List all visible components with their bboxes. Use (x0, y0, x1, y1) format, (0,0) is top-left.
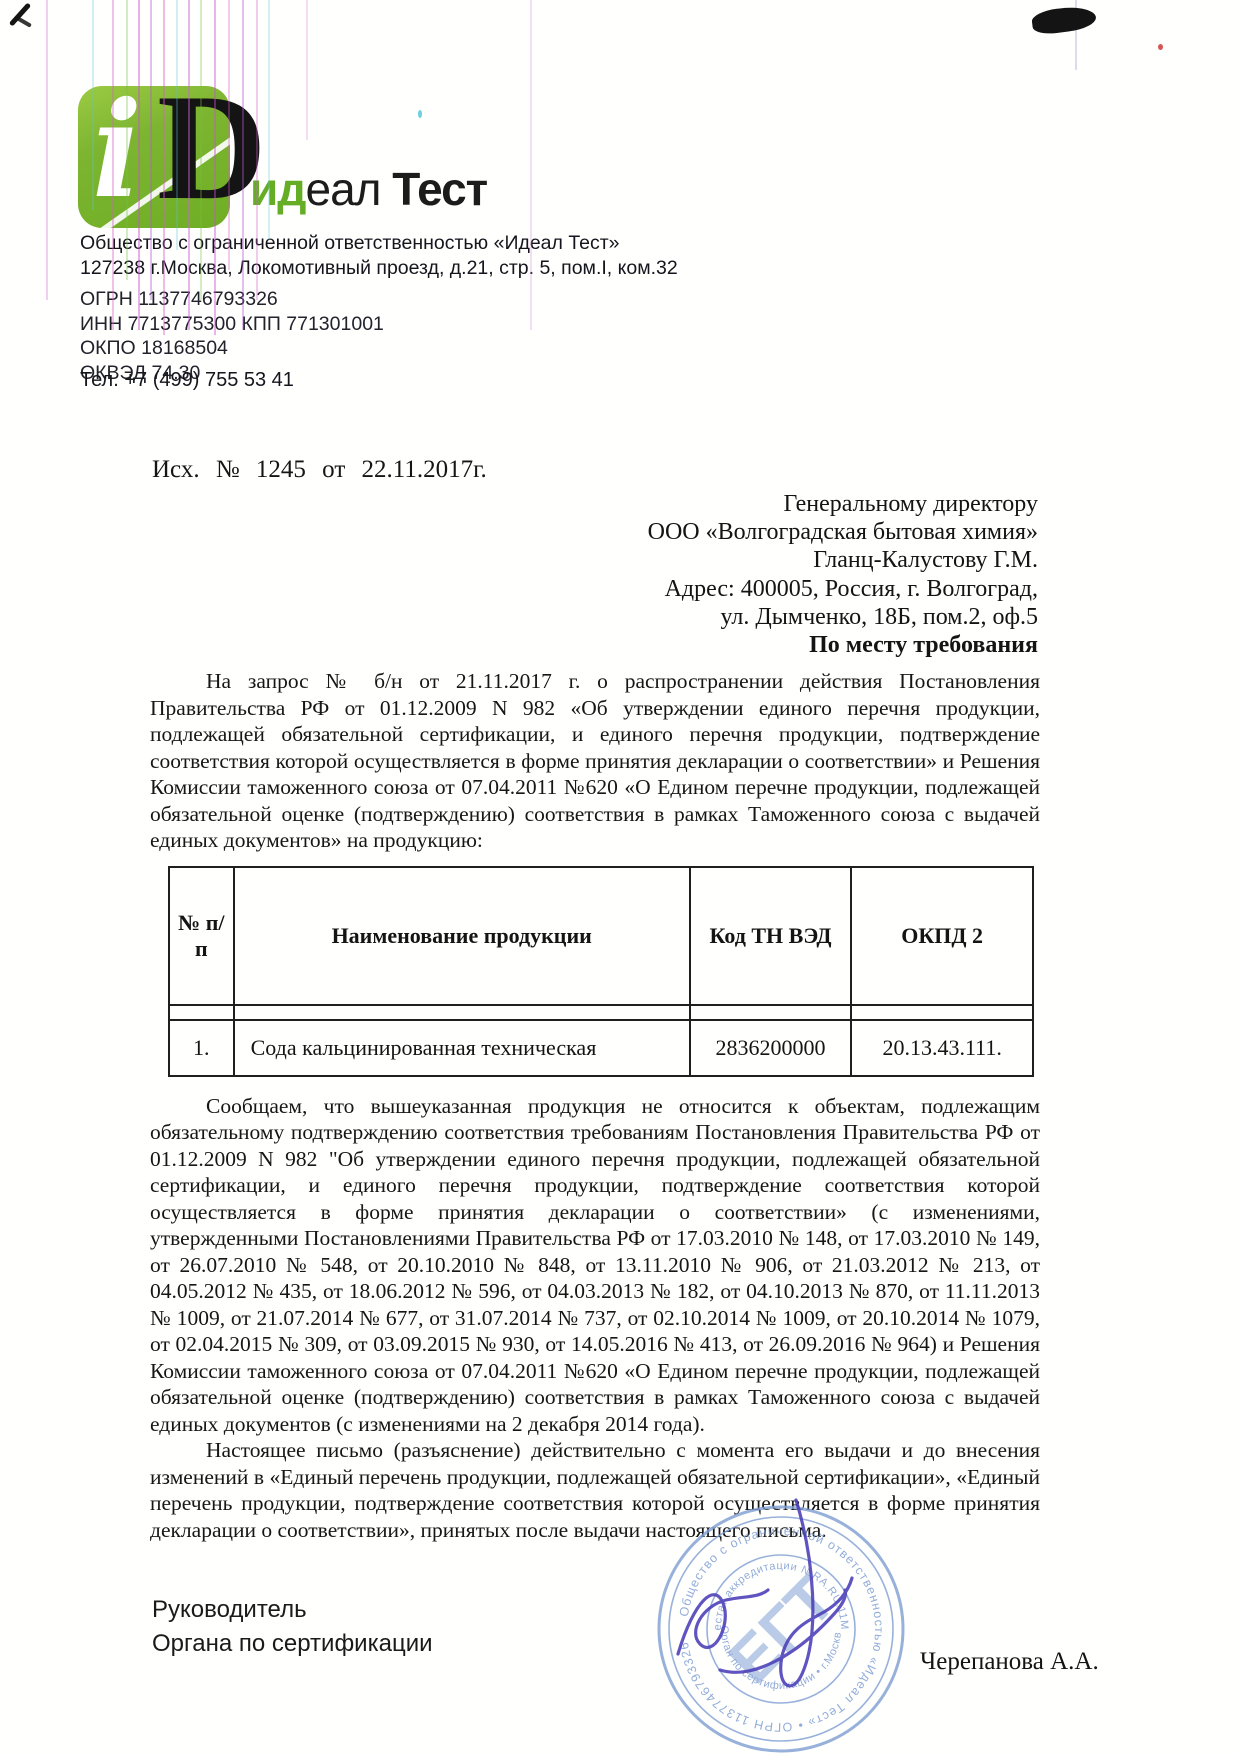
scan-streak (306, 0, 308, 140)
cell-okpd-code: 20.13.43.111. (851, 1020, 1033, 1076)
signer-title-line2: Органа по сертификации (152, 1630, 433, 1658)
recipient-title: Генеральному директору (560, 490, 1038, 518)
scanned-letter-page: i D идеал Тест Общество с ограниченной о… (0, 0, 1240, 1754)
company-inn-kpp: ИНН 7713775300 КПП 771301001 (80, 312, 384, 337)
col-header-tnved: Код ТН ВЭД (690, 867, 851, 1005)
cell-product-name: Сода кальцинированная техническая (234, 1020, 690, 1076)
signer-title-line1: Руководитель (152, 1596, 307, 1624)
company-phone: Тел. +7 (499) 755 53 41 (80, 369, 294, 392)
table-row: 1. Сода кальцинированная техническая 283… (169, 1020, 1033, 1076)
table-header-row: № п/п Наименование продукции Код ТН ВЭД … (169, 867, 1033, 1005)
scan-speck (418, 110, 422, 118)
recipient-block: Генеральному директору ООО «Волгоградска… (560, 490, 1038, 659)
company-name-line: Общество с ограниченной ответственностью… (80, 231, 678, 256)
scan-speck (1158, 44, 1163, 50)
table-spacer-row (169, 1005, 1033, 1020)
outgoing-ref-line: Исх. № 1245 от 22.11.2017г. (152, 456, 487, 484)
company-ogrn: ОГРН 1137746793326 (80, 287, 384, 312)
brand-part-regular: еал (305, 163, 392, 215)
col-header-okpd: ОКПД 2 (851, 867, 1033, 1005)
logo-letter-i: i (92, 86, 142, 228)
recipient-company: ООО «Волгоградская бытовая химия» (560, 518, 1038, 546)
letter-body: На запрос № б/н от 21.11.2017 г. о распр… (150, 668, 1040, 1543)
paragraph-request: На запрос № б/н от 21.11.2017 г. о распр… (150, 668, 1040, 854)
brand-part-green: ид (250, 163, 305, 215)
company-okpo: ОКПО 18168504 (80, 336, 384, 361)
corner-artifact-right (1031, 4, 1097, 36)
company-address-line: 127238 г.Москва, Локомотивный проезд, д.… (80, 256, 678, 281)
paragraph-statement: Сообщаем, что вышеуказанная продукция не… (150, 1093, 1040, 1438)
certification-stamp: Общество с ограниченной ответственностью… (600, 1494, 960, 1754)
recipient-address-2: ул. Дымченко, 18Б, пом.2, оф.5 (560, 603, 1038, 631)
cell-tnved-code: 2836200000 (690, 1020, 851, 1076)
brand-part-bold: Тест (392, 163, 487, 215)
brand-name: идеал Тест (250, 164, 487, 215)
company-info-block: Общество с ограниченной ответственностью… (80, 231, 678, 281)
scan-streak (46, 0, 48, 300)
recipient-person: Гланц-Калустову Г.М. (560, 546, 1038, 574)
recipient-note: По месту требования (560, 631, 1038, 659)
cell-number: 1. (169, 1020, 234, 1076)
corner-artifact-left2 (16, 16, 32, 27)
recipient-address-1: Адрес: 400005, Россия, г. Волгоград, (560, 575, 1038, 603)
col-header-number: № п/п (169, 867, 234, 1005)
product-table: № п/п Наименование продукции Код ТН ВЭД … (168, 866, 1034, 1077)
col-header-product: Наименование продукции (234, 867, 690, 1005)
